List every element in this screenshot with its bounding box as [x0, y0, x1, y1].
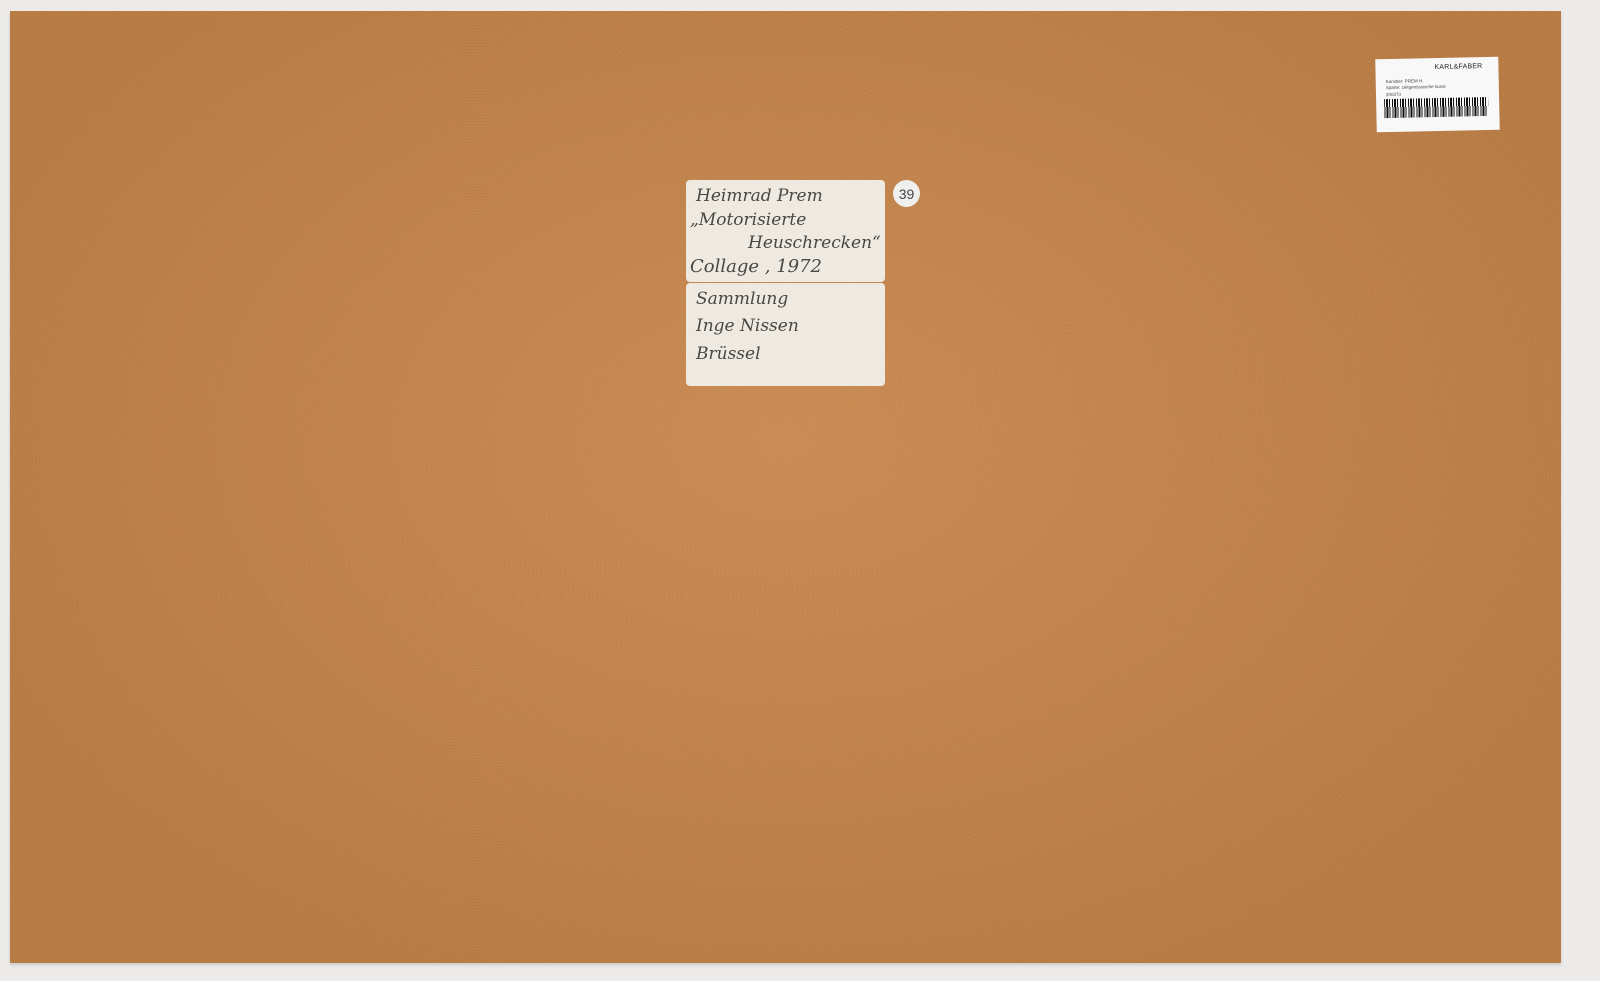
lot-number-badge: 39 [893, 180, 920, 207]
sticker-id-line: 200370 [1386, 92, 1401, 97]
auction-barcode-sticker: KARL&FABER Künstler: PREM H. Sparte: zei… [1375, 57, 1500, 133]
sticker-artist-line: Künstler: PREM H. [1386, 78, 1424, 84]
label-line-title-2: Heuschrecken“ [748, 233, 881, 253]
label-line-owner: Inge Nissen [696, 316, 799, 336]
label-line-collection: Sammlung [696, 289, 788, 309]
label-card-title: Heimrad Prem „Motorisierte Heuschrecken“… [686, 180, 885, 282]
label-line-medium-year: Collage , 1972 [690, 256, 822, 277]
label-line-artist: Heimrad Prem [696, 186, 823, 206]
hardboard-panel [10, 11, 1561, 963]
label-card-collection: Sammlung Inge Nissen Brüssel [686, 283, 885, 386]
sticker-category-line: Sparte: zeitgenössische kunst [1386, 84, 1446, 90]
label-line-city: Brüssel [696, 344, 761, 364]
barcode-icon [1384, 97, 1488, 118]
auction-brand: KARL&FABER [1434, 63, 1482, 71]
label-line-title-1: „Motorisierte [690, 210, 806, 230]
